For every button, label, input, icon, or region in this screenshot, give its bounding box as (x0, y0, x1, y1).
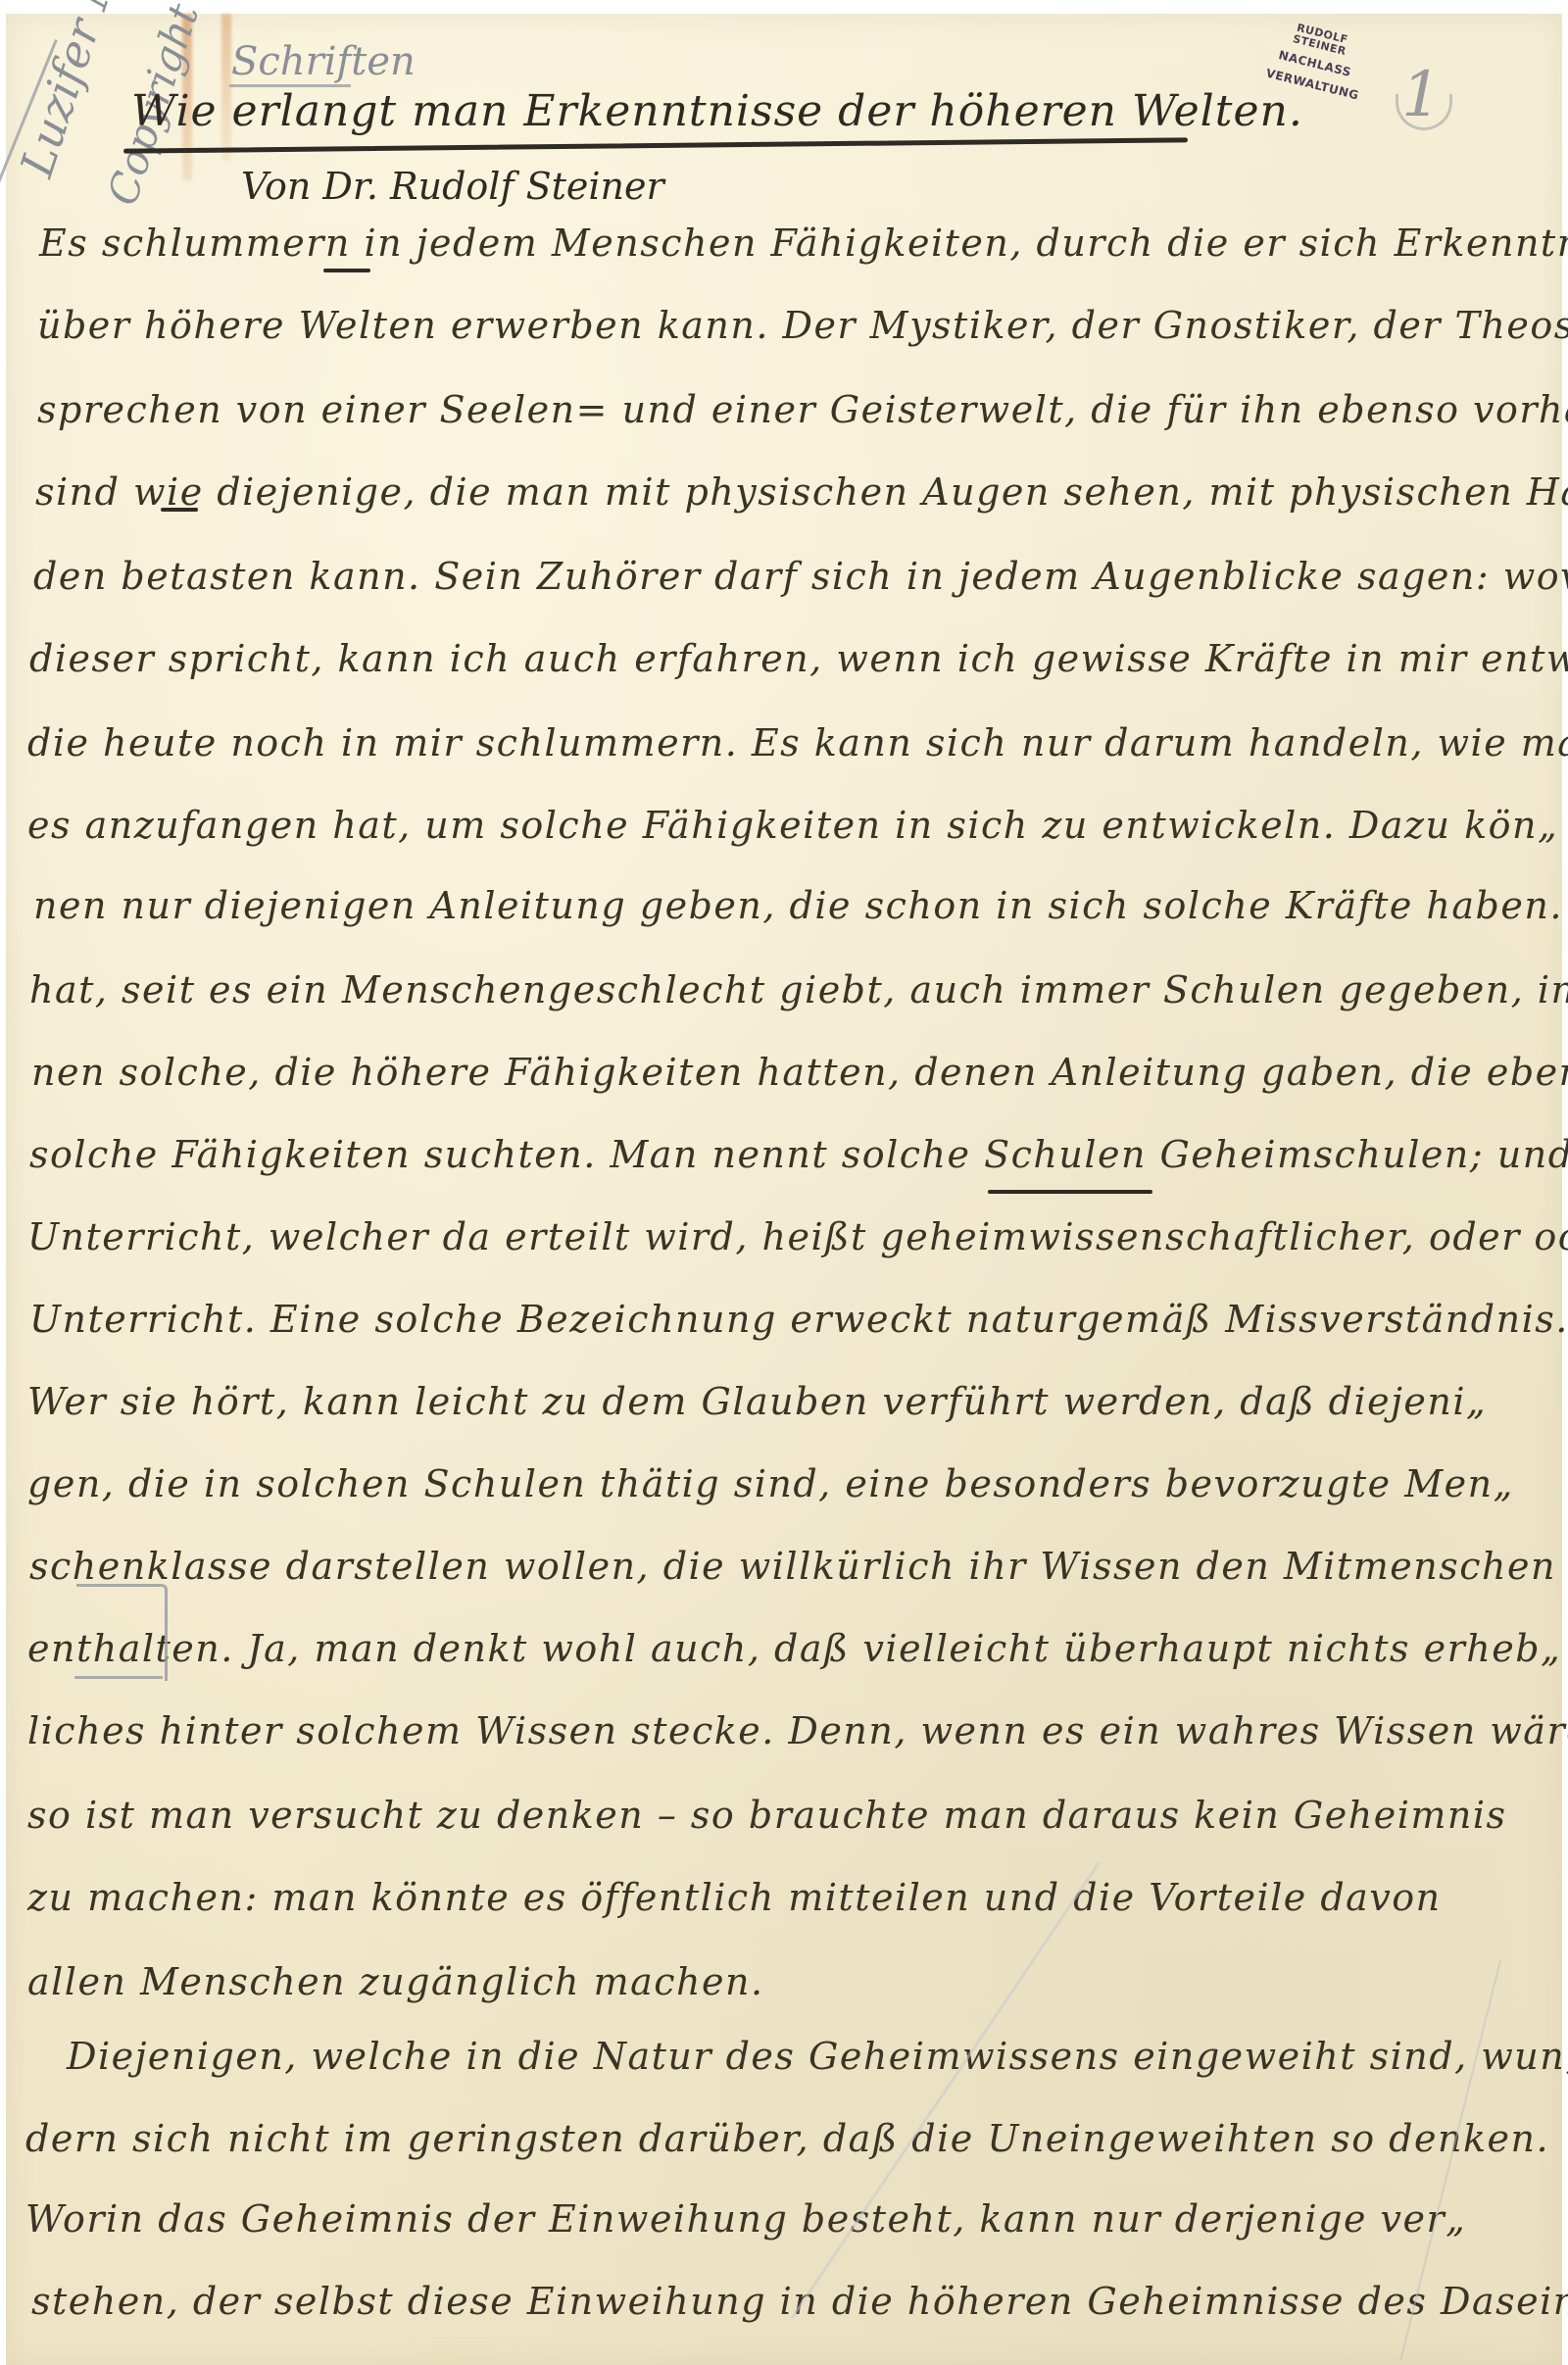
pencil-note-schriften: Schriften (231, 39, 416, 84)
author-byline: Von Dr. Rudolf Steiner (241, 165, 664, 208)
body-line: solche Fähigkeiten suchten. Man nennt so… (29, 1133, 1568, 1176)
body-line: nen solche, die höhere Fähigkeiten hatte… (31, 1051, 1568, 1094)
body-line: zu machen: man könnte es öffentlich mitt… (27, 1876, 1442, 1919)
body-line: den betasten kann. Sein Zuhörer darf sic… (33, 555, 1568, 598)
underline-diejenige (161, 508, 198, 512)
body-line: sind wie diejenige, die man mit physisch… (35, 470, 1568, 514)
body-line: gen, die in solchen Schulen thätig sind,… (27, 1462, 1514, 1505)
underline-jedem (323, 269, 370, 272)
body-line: so ist man versucht zu denken – so brauc… (27, 1794, 1507, 1837)
body-line: Unterricht, welcher da erteilt wird, hei… (27, 1215, 1568, 1258)
body-line: sprechen von einer Seelen= und einer Gei… (37, 388, 1568, 431)
body-line: es anzufangen hat, um solche Fähigkeiten… (27, 804, 1558, 847)
pencil-bracket-bottom (74, 1676, 163, 1679)
body-line: über höhere Welten erwerben kann. Der My… (37, 304, 1568, 347)
body-line: stehen, der selbst diese Einweihung in d… (31, 2280, 1568, 2323)
pencil-bracket-mark (76, 1584, 168, 1681)
body-line: allen Menschen zugänglich machen. (27, 1960, 764, 2003)
body-line: die heute noch in mir schlummern. Es kan… (27, 721, 1568, 764)
body-line: dieser spricht, kann ich auch erfahren, … (29, 637, 1568, 680)
body-line: dern sich nicht im geringsten darüber, d… (25, 2117, 1549, 2160)
body-line: Worin das Geheimnis der Einweihung beste… (25, 2197, 1466, 2241)
body-line: enthalten. Ja, man denkt wohl auch, daß … (27, 1627, 1561, 1670)
body-line: Wer sie hört, kann leicht zu dem Glauben… (27, 1380, 1487, 1423)
body-line: hat, seit es ein Menschengeschlecht gieb… (29, 968, 1568, 1011)
body-line: nen nur diejenigen Anleitung geben, die … (33, 884, 1568, 927)
body-line: liches hinter solchem Wissen stecke. Den… (27, 1709, 1568, 1752)
body-line: schenklasse darstellen wollen, die willk… (29, 1545, 1568, 1588)
body-line: Unterricht. Eine solche Bezeichnung erwe… (29, 1298, 1568, 1341)
body-line: Es schlummern in jedem Menschen Fähigkei… (39, 222, 1568, 265)
body-line: Diejenigen, welche in die Natur des Gehe… (67, 2035, 1568, 2078)
manuscript-page (6, 14, 1562, 2365)
underline-geheimschulen (988, 1190, 1152, 1194)
document-title: Wie erlangt man Erkenntnisse der höheren… (131, 86, 1303, 136)
